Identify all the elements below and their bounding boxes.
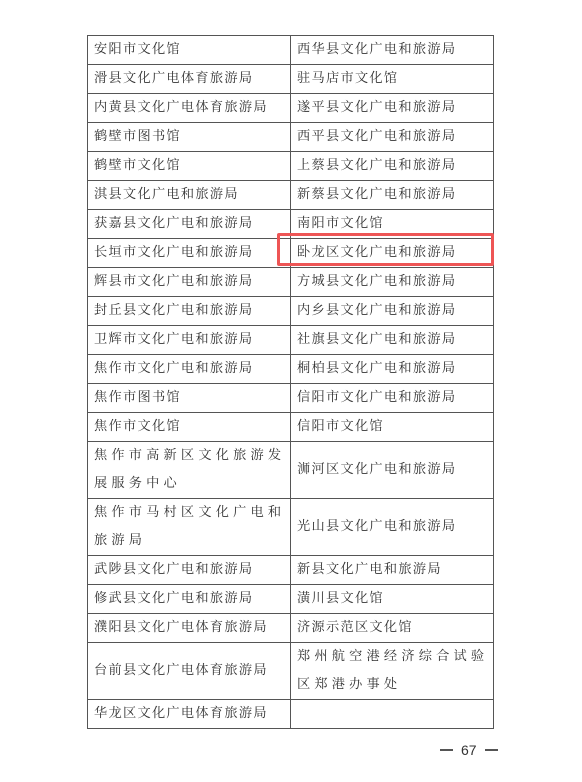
table-row: 安阳市文化馆 西华县文化广电和旅游局 — [88, 36, 494, 65]
table-cell-left: 获嘉县文化广电和旅游局 — [88, 210, 291, 239]
table-cell-right: 新蔡县文化广电和旅游局 — [291, 181, 494, 210]
table-row: 卫辉市文化广电和旅游局 社旗县文化广电和旅游局 — [88, 326, 494, 355]
table-cell-right: 潢川县文化馆 — [291, 585, 494, 614]
table-cell-left: 内黄县文化广电体育旅游局 — [88, 94, 291, 123]
table-cell-left: 焦作市文化馆 — [88, 413, 291, 442]
table-cell-right: 西华县文化广电和旅游局 — [291, 36, 494, 65]
table-cell-left: 卫辉市文化广电和旅游局 — [88, 326, 291, 355]
table-cell-right: 信阳市文化馆 — [291, 413, 494, 442]
table-cell-right: 信阳市文化广电和旅游局 — [291, 384, 494, 413]
table-row: 获嘉县文化广电和旅游局 南阳市文化馆 — [88, 210, 494, 239]
table-cell-left: 华龙区文化广电体育旅游局 — [88, 700, 291, 729]
table-cell-right: 光山县文化广电和旅游局 — [291, 499, 494, 556]
table-cell-right: 浉河区文化广电和旅游局 — [291, 442, 494, 499]
table-cell-right: 方城县文化广电和旅游局 — [291, 268, 494, 297]
table-row: 长垣市文化广电和旅游局 卧龙区文化广电和旅游局 — [88, 239, 494, 268]
table-row: 修武县文化广电和旅游局 潢川县文化馆 — [88, 585, 494, 614]
table-row: 淇县文化广电和旅游局 新蔡县文化广电和旅游局 — [88, 181, 494, 210]
table-cell-left: 台前县文化广电体育旅游局 — [88, 643, 291, 700]
page-footer: 67 — [440, 742, 498, 758]
table-row: 焦作市高新区文化旅游发展服务中心 浉河区文化广电和旅游局 — [88, 442, 494, 499]
table-cell-right: 社旗县文化广电和旅游局 — [291, 326, 494, 355]
table-cell-right: 上蔡县文化广电和旅游局 — [291, 152, 494, 181]
table-row: 内黄县文化广电体育旅游局 遂平县文化广电和旅游局 — [88, 94, 494, 123]
table-cell-right: 南阳市文化馆 — [291, 210, 494, 239]
table-row: 焦作市图书馆 信阳市文化广电和旅游局 — [88, 384, 494, 413]
table-cell-right-empty — [291, 700, 494, 729]
dash-decoration — [485, 749, 498, 751]
table-cell-right: 新县文化广电和旅游局 — [291, 556, 494, 585]
table-row: 濮阳县文化广电体育旅游局 济源示范区文化馆 — [88, 614, 494, 643]
cell-text: 焦作市高新区文化旅游发展服务中心 — [94, 442, 290, 498]
table-row: 台前县文化广电体育旅游局 郑州航空港经济综合试验区郑港办事处 — [88, 643, 494, 700]
table-cell-right: 西平县文化广电和旅游局 — [291, 123, 494, 152]
table-cell-left: 修武县文化广电和旅游局 — [88, 585, 291, 614]
table-cell-left: 安阳市文化馆 — [88, 36, 291, 65]
table-cell-left: 辉县市文化广电和旅游局 — [88, 268, 291, 297]
table-cell-left: 鹤壁市图书馆 — [88, 123, 291, 152]
table-cell-right-highlighted: 卧龙区文化广电和旅游局 — [291, 239, 494, 268]
table-cell-left: 长垣市文化广电和旅游局 — [88, 239, 291, 268]
table-cell-right: 驻马店市文化馆 — [291, 65, 494, 94]
dash-decoration — [440, 749, 453, 751]
table-row: 焦作市马村区文化广电和旅游局 光山县文化广电和旅游局 — [88, 499, 494, 556]
cell-text: 郑州航空港经济综合试验区郑港办事处 — [297, 643, 493, 699]
table-cell-right: 内乡县文化广电和旅游局 — [291, 297, 494, 326]
table-cell-left: 鹤壁市文化馆 — [88, 152, 291, 181]
table-cell-right: 桐柏县文化广电和旅游局 — [291, 355, 494, 384]
table-row: 封丘县文化广电和旅游局 内乡县文化广电和旅游局 — [88, 297, 494, 326]
table-row: 滑县文化广电体育旅游局 驻马店市文化馆 — [88, 65, 494, 94]
document-page: 安阳市文化馆 西华县文化广电和旅游局 滑县文化广电体育旅游局 驻马店市文化馆 内… — [0, 0, 582, 782]
page-number: 67 — [461, 742, 477, 758]
table-row: 鹤壁市图书馆 西平县文化广电和旅游局 — [88, 123, 494, 152]
table-cell-left: 濮阳县文化广电体育旅游局 — [88, 614, 291, 643]
cell-text: 焦作市马村区文化广电和旅游局 — [94, 499, 290, 555]
table-cell-left: 封丘县文化广电和旅游局 — [88, 297, 291, 326]
table-row: 鹤壁市文化馆 上蔡县文化广电和旅游局 — [88, 152, 494, 181]
table-row: 华龙区文化广电体育旅游局 — [88, 700, 494, 729]
table-cell-right: 遂平县文化广电和旅游局 — [291, 94, 494, 123]
table-cell-left: 焦作市图书馆 — [88, 384, 291, 413]
table-cell-left: 焦作市马村区文化广电和旅游局 — [88, 499, 291, 556]
table-cell-left: 焦作市高新区文化旅游发展服务中心 — [88, 442, 291, 499]
table-cell-left: 淇县文化广电和旅游局 — [88, 181, 291, 210]
table-cell-left: 焦作市文化广电和旅游局 — [88, 355, 291, 384]
table-cell-left: 武陟县文化广电和旅游局 — [88, 556, 291, 585]
table-cell-left: 滑县文化广电体育旅游局 — [88, 65, 291, 94]
table-row: 辉县市文化广电和旅游局 方城县文化广电和旅游局 — [88, 268, 494, 297]
table-cell-right: 济源示范区文化馆 — [291, 614, 494, 643]
table-row: 焦作市文化馆 信阳市文化馆 — [88, 413, 494, 442]
table-cell-right: 郑州航空港经济综合试验区郑港办事处 — [291, 643, 494, 700]
table-row: 焦作市文化广电和旅游局 桐柏县文化广电和旅游局 — [88, 355, 494, 384]
table-row: 武陟县文化广电和旅游局 新县文化广电和旅游局 — [88, 556, 494, 585]
organization-table: 安阳市文化馆 西华县文化广电和旅游局 滑县文化广电体育旅游局 驻马店市文化馆 内… — [87, 35, 494, 729]
